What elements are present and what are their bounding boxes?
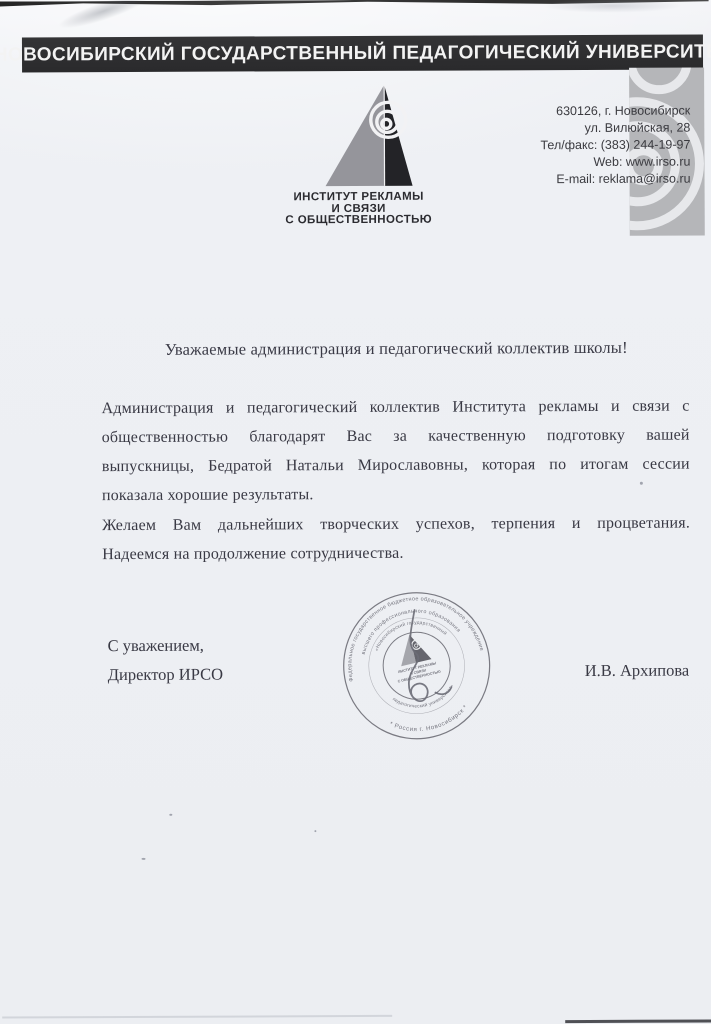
letter-salutation: Уважаемые администрация и педагогический… xyxy=(101,338,691,361)
institute-name-line3: С ОБЩЕСТВЕННОСТЬЮ xyxy=(277,215,441,227)
scan-smudge xyxy=(55,0,152,35)
letter-closing: С уважением, Директор ИРСО xyxy=(108,632,224,690)
letter-line: Администрация и педагогический коллектив… xyxy=(101,392,689,424)
contact-address-line1: 630126, г. Новосибирск xyxy=(540,103,690,121)
stamp-ring1-bottom-text: * Россия г. Новосибирск * xyxy=(387,702,472,740)
letter-line: Желаем Вам дальнейших творческих успехов… xyxy=(102,509,690,541)
svg-text:* Россия г. Новосибирск *: * Россия г. Новосибирск * xyxy=(387,702,472,740)
contact-email: E-mail: reklama@irso.ru xyxy=(541,171,691,189)
stamp-seal-icon: Федеральное государственное бюджетное об… xyxy=(325,574,508,757)
scan-edge-bottom-left xyxy=(2,1015,392,1019)
contact-block: 630126, г. Новосибирск ул. Вилюйская, 28… xyxy=(540,103,690,189)
letter-line: общественностью благодарят Вас за качест… xyxy=(102,421,690,453)
scan-speck xyxy=(314,830,316,832)
official-stamp: Федеральное государственное бюджетное об… xyxy=(325,574,508,757)
institute-logo: ИНСТИТУТ РЕКЛАМЫ И СВЯЗИ С ОБЩЕСТВЕННОСТ… xyxy=(276,84,441,227)
letter-line: Надеемся на продолжение сотрудничества. xyxy=(102,538,690,570)
scan-edge-bottom-right xyxy=(565,1019,711,1023)
letter-paragraph-1: Администрация и педагогический коллектив… xyxy=(101,392,690,511)
closing-position: Директор ИРСО xyxy=(108,660,223,689)
scan-speck xyxy=(169,814,172,816)
institute-name: ИНСТИТУТ РЕКЛАМЫ И СВЯЗИ С ОБЩЕСТВЕННОСТ… xyxy=(277,192,441,227)
university-header-bar: НОВОСИБИРСКИЙ ГОСУДАРСТВЕННЫЙ ПЕДАГОГИЧЕ… xyxy=(22,34,703,72)
pyramid-spiral-icon xyxy=(300,84,416,189)
contact-address-line2: ул. Вилюйская, 28 xyxy=(540,120,690,138)
letter-paragraph-2: Желаем Вам дальнейших творческих успехов… xyxy=(102,509,690,570)
letter-line: показала хорошие результаты. xyxy=(102,479,690,511)
scan-speck xyxy=(142,858,146,860)
contact-phone: Тел/факс: (383) 244-19-97 xyxy=(540,137,690,155)
scan-speck xyxy=(640,482,643,485)
contact-web: Web: www.irso.ru xyxy=(541,154,691,172)
scanned-letter-page: НОВОСИБИРСКИЙ ГОСУДАРСТВЕННЫЙ ПЕДАГОГИЧЕ… xyxy=(0,0,711,1024)
university-title: НОВОСИБИРСКИЙ ГОСУДАРСТВЕННЫЙ ПЕДАГОГИЧЕ… xyxy=(0,41,711,66)
letter-line: выпускницы, Бедратой Натальи Мирославовн… xyxy=(102,450,690,482)
stamp-center-emblem: ИНСТИТУТ РЕКЛАМЫ И СВЯЗИ С ОБЩЕСТВЕННОСТ… xyxy=(388,630,441,684)
closing-regards: С уважением, xyxy=(108,632,223,661)
scan-smudge xyxy=(543,0,683,13)
signer-name: И.В. Архипова xyxy=(585,661,690,681)
